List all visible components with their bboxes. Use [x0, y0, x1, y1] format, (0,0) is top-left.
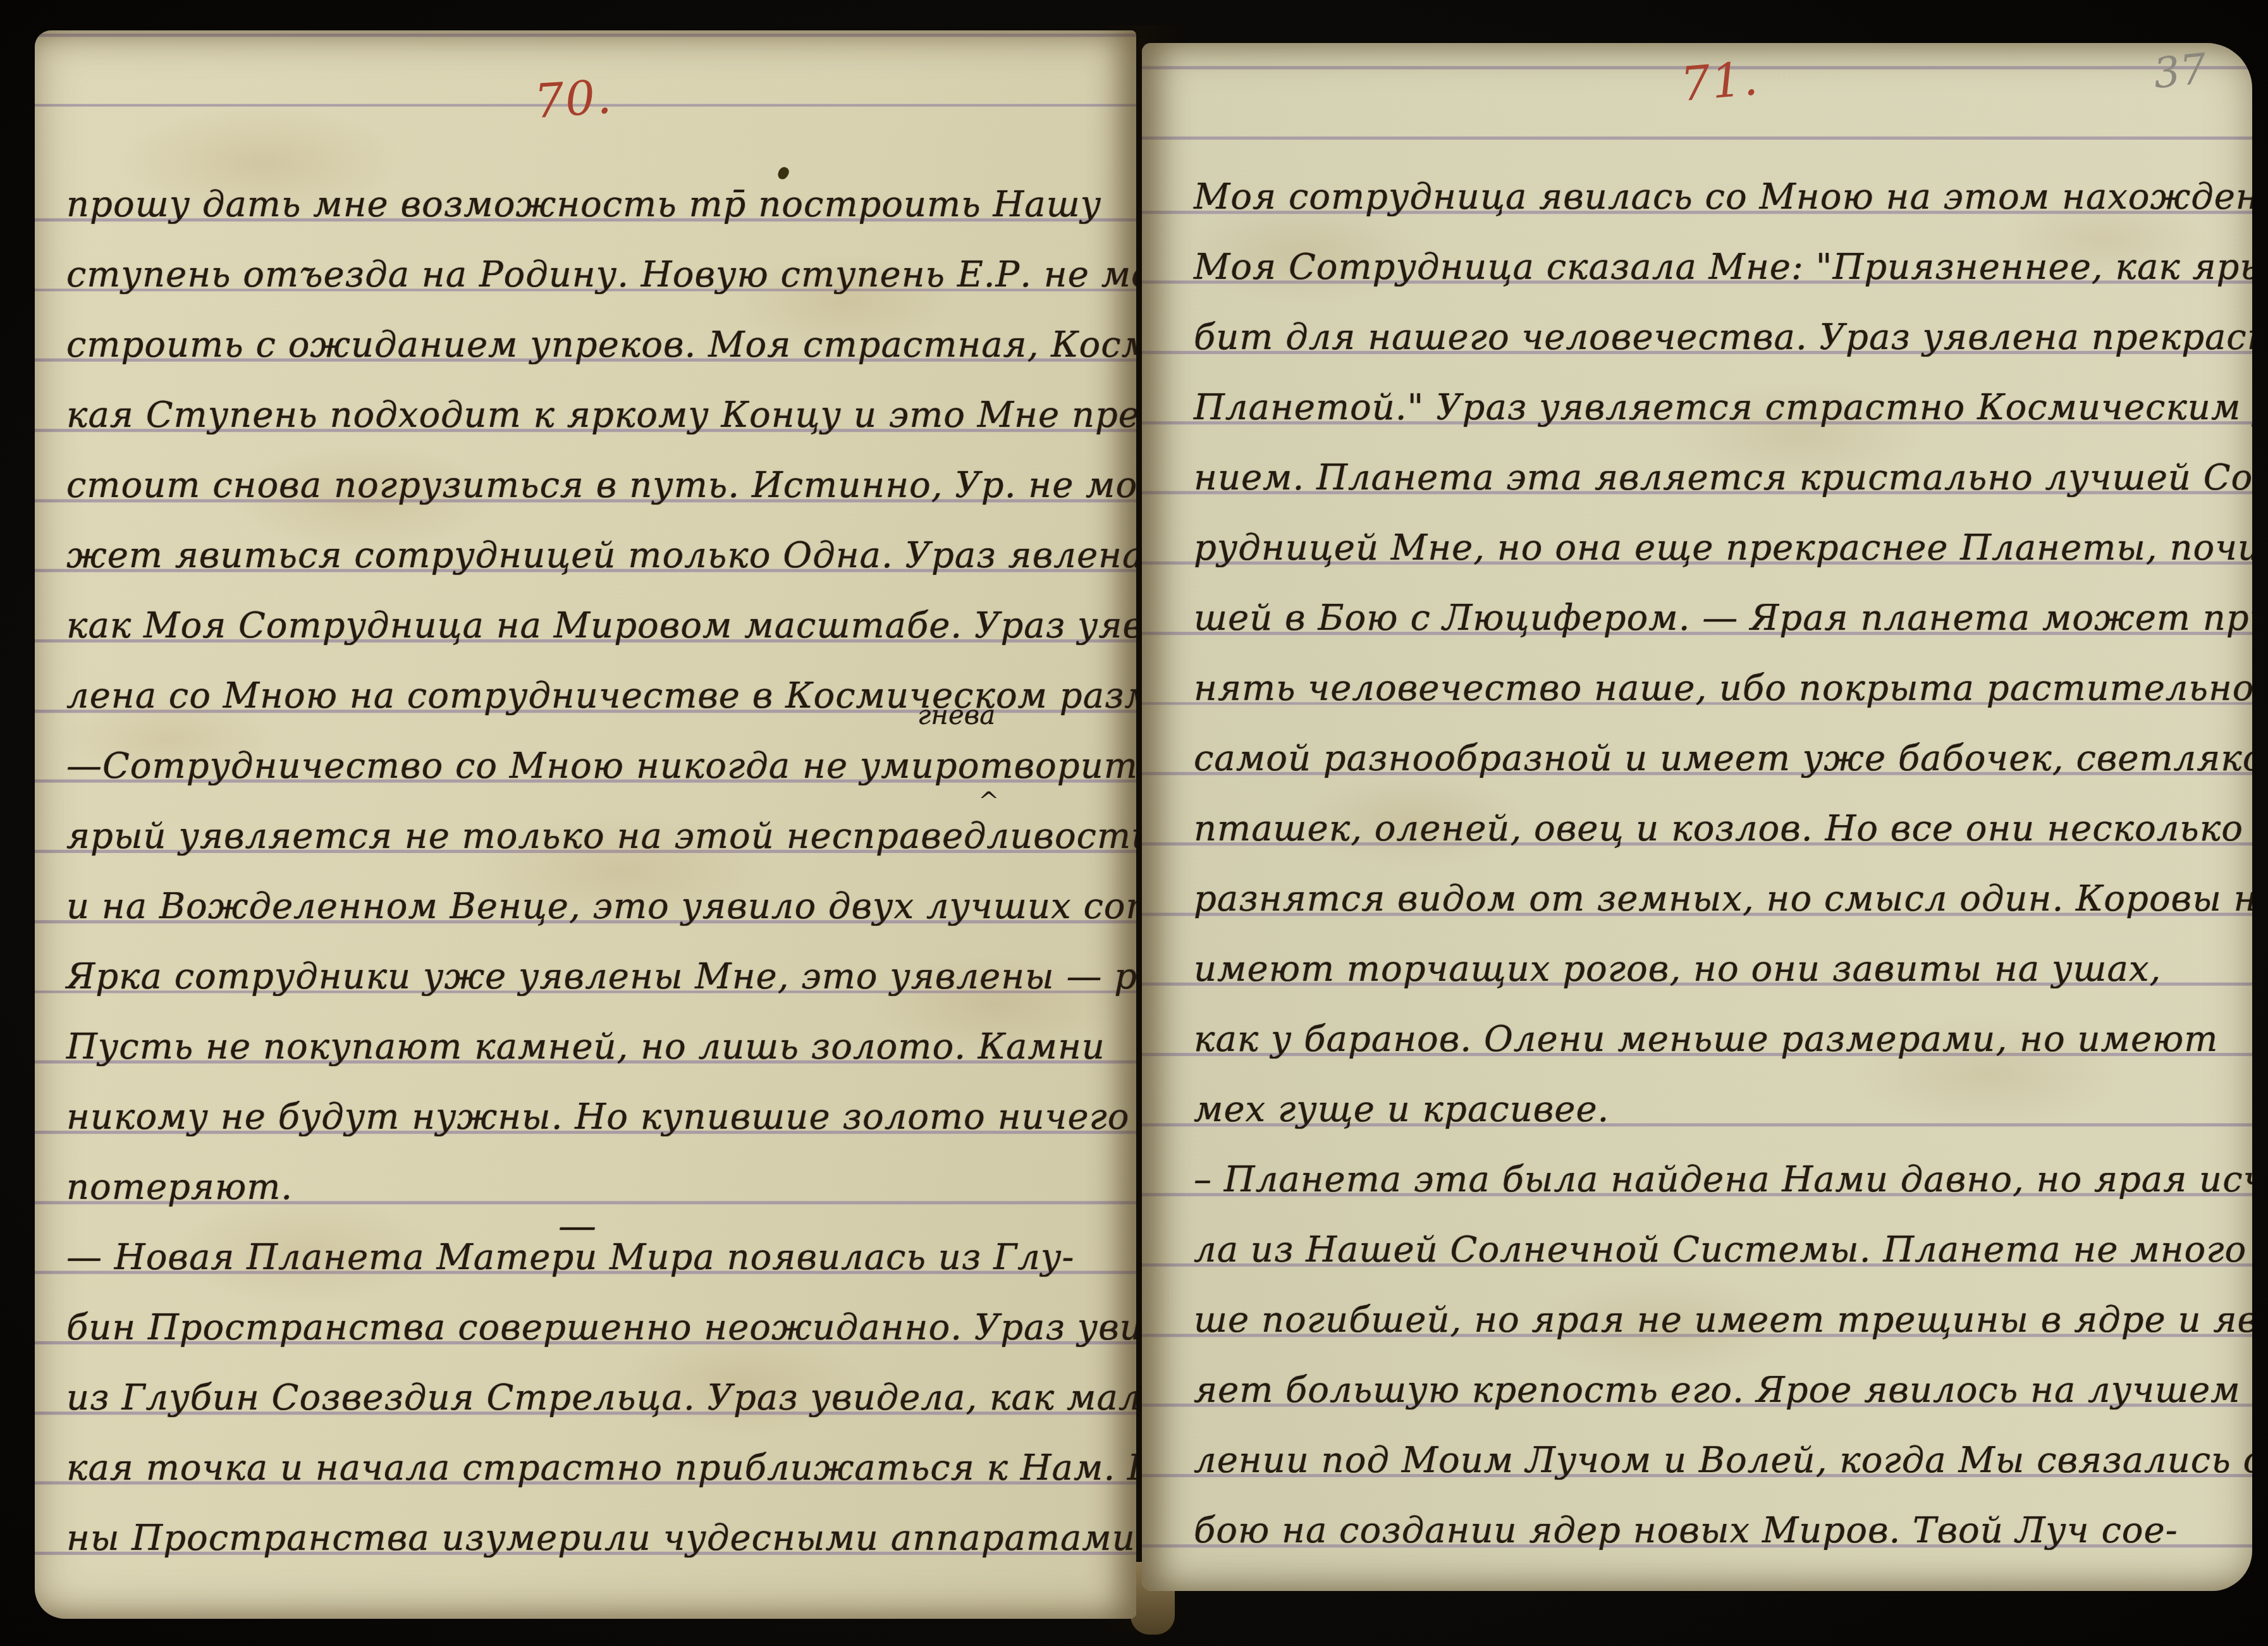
scanner-background: 70. прошу дать мне возможность тр̄ постр… — [0, 0, 2268, 1646]
manuscript-line: бою на создании ядер новых Миров. Твой Л… — [1194, 1496, 2248, 1566]
manuscript-line: ступень отъезда на Родину. Новую ступень… — [66, 240, 1131, 310]
manuscript-line: ны Пространства изумерили чудесными аппа… — [66, 1503, 1131, 1573]
manuscript-line: стоит снова погрузиться в путь. Истинно,… — [66, 450, 1131, 520]
manuscript-line: кая точка и начала страстно приближаться… — [66, 1433, 1131, 1503]
manuscript-line: бит для нашего человечества. Ураз уявлен… — [1194, 302, 2248, 372]
page-number-right: 71. — [1678, 51, 1761, 112]
manuscript-line: бин Пространства совершенно неожиданно. … — [66, 1293, 1131, 1363]
manuscript-line: пташек, оленей, овец и козлов. Но все он… — [1194, 794, 2248, 864]
manuscript-line: Пусть не покупают камней, но лишь золото… — [66, 1012, 1131, 1082]
manuscript-line: кая Ступень подходит к яркому Концу и эт… — [66, 380, 1131, 450]
manuscript-line: Ярка сотрудники уже уявлены Мне, это уяв… — [66, 942, 1131, 1012]
pencil-folio-number: 37 — [2151, 44, 2209, 98]
manuscript-line: как у баранов. Олени меньше размерами, н… — [1194, 1004, 2248, 1074]
interline-insertion-word: гнева — [917, 702, 995, 728]
manuscript-line: и на Вожделенном Венце, это уявило двух … — [66, 871, 1131, 942]
manuscript-line: ше погибшей, но ярая не имеет трещины в … — [1194, 1285, 2248, 1355]
left-page-handwriting: прошу дать мне возможность тр̄ построить… — [66, 169, 1131, 1573]
manuscript-line: нием. Планета эта является кристально лу… — [1194, 443, 2248, 513]
manuscript-line: ярый уявляется не только на этой несправ… — [66, 801, 1131, 871]
manuscript-line: как Моя Сотрудница на Мировом масштабе. … — [66, 591, 1131, 661]
manuscript-line: Планетой." Ураз уявляется страстно Косми… — [1194, 372, 2248, 443]
manuscript-line: потеряют. — [66, 1152, 1131, 1222]
manuscript-line: —Сотрудничество со Мною никогда не умиро… — [66, 731, 1131, 801]
paragraph-separator-dash: — — [558, 1204, 596, 1248]
right-page-handwriting: Моя сотрудница явилась со Мною на этом н… — [1194, 162, 2248, 1566]
right-page: 71. 37 Моя сотрудница явилась со Мною на… — [1142, 43, 2252, 1591]
manuscript-line: яет большую крепость его. Ярое явилось н… — [1194, 1355, 2248, 1425]
manuscript-line: жет явиться сотрудницей только Одна. Ура… — [66, 520, 1131, 591]
page-number-left: 70. — [532, 70, 614, 129]
manuscript-line: никому не будут нужны. Но купившие золот… — [66, 1082, 1131, 1152]
manuscript-line: Моя Сотрудница сказала Мне: "Приязненнее… — [1194, 232, 2248, 302]
manuscript-line: прошу дать мне возможность тр̄ построить… — [66, 169, 1131, 240]
manuscript-line: лении под Моим Лучом и Волей, когда Мы с… — [1194, 1425, 2248, 1496]
manuscript-line: рудницей Мне, но она еще прекраснее План… — [1194, 513, 2248, 583]
manuscript-line: ла из Нашей Солнечной Системы. Планета н… — [1194, 1215, 2248, 1285]
manuscript-line: из Глубин Созвездия Стрельца. Ураз увиде… — [66, 1363, 1131, 1433]
manuscript-line: строить с ожиданием упреков. Моя страстн… — [66, 310, 1131, 380]
manuscript-line: самой разнообразной и имеет уже бабочек,… — [1194, 723, 2248, 794]
manuscript-line: — Новая Планета Матери Мира появилась из… — [66, 1222, 1131, 1293]
insertion-caret-mark: ^ — [978, 787, 1000, 816]
manuscript-line: Моя сотрудница явилась со Мною на этом н… — [1194, 162, 2248, 232]
manuscript-line: разнятся видом от земных, но смысл один.… — [1194, 864, 2248, 934]
manuscript-line: шей в Бою с Люцифером. — Ярая планета мо… — [1194, 583, 2248, 653]
manuscript-line: нять человечество наше, ибо покрыта раст… — [1194, 653, 2248, 723]
manuscript-line: – Планета эта была найдена Нами давно, н… — [1194, 1145, 2248, 1215]
left-page: 70. прошу дать мне возможность тр̄ постр… — [35, 30, 1136, 1619]
manuscript-line: имеют торчащих рогов, но они завиты на у… — [1194, 934, 2248, 1004]
manuscript-line: мех гуще и красивее. — [1194, 1074, 2248, 1145]
